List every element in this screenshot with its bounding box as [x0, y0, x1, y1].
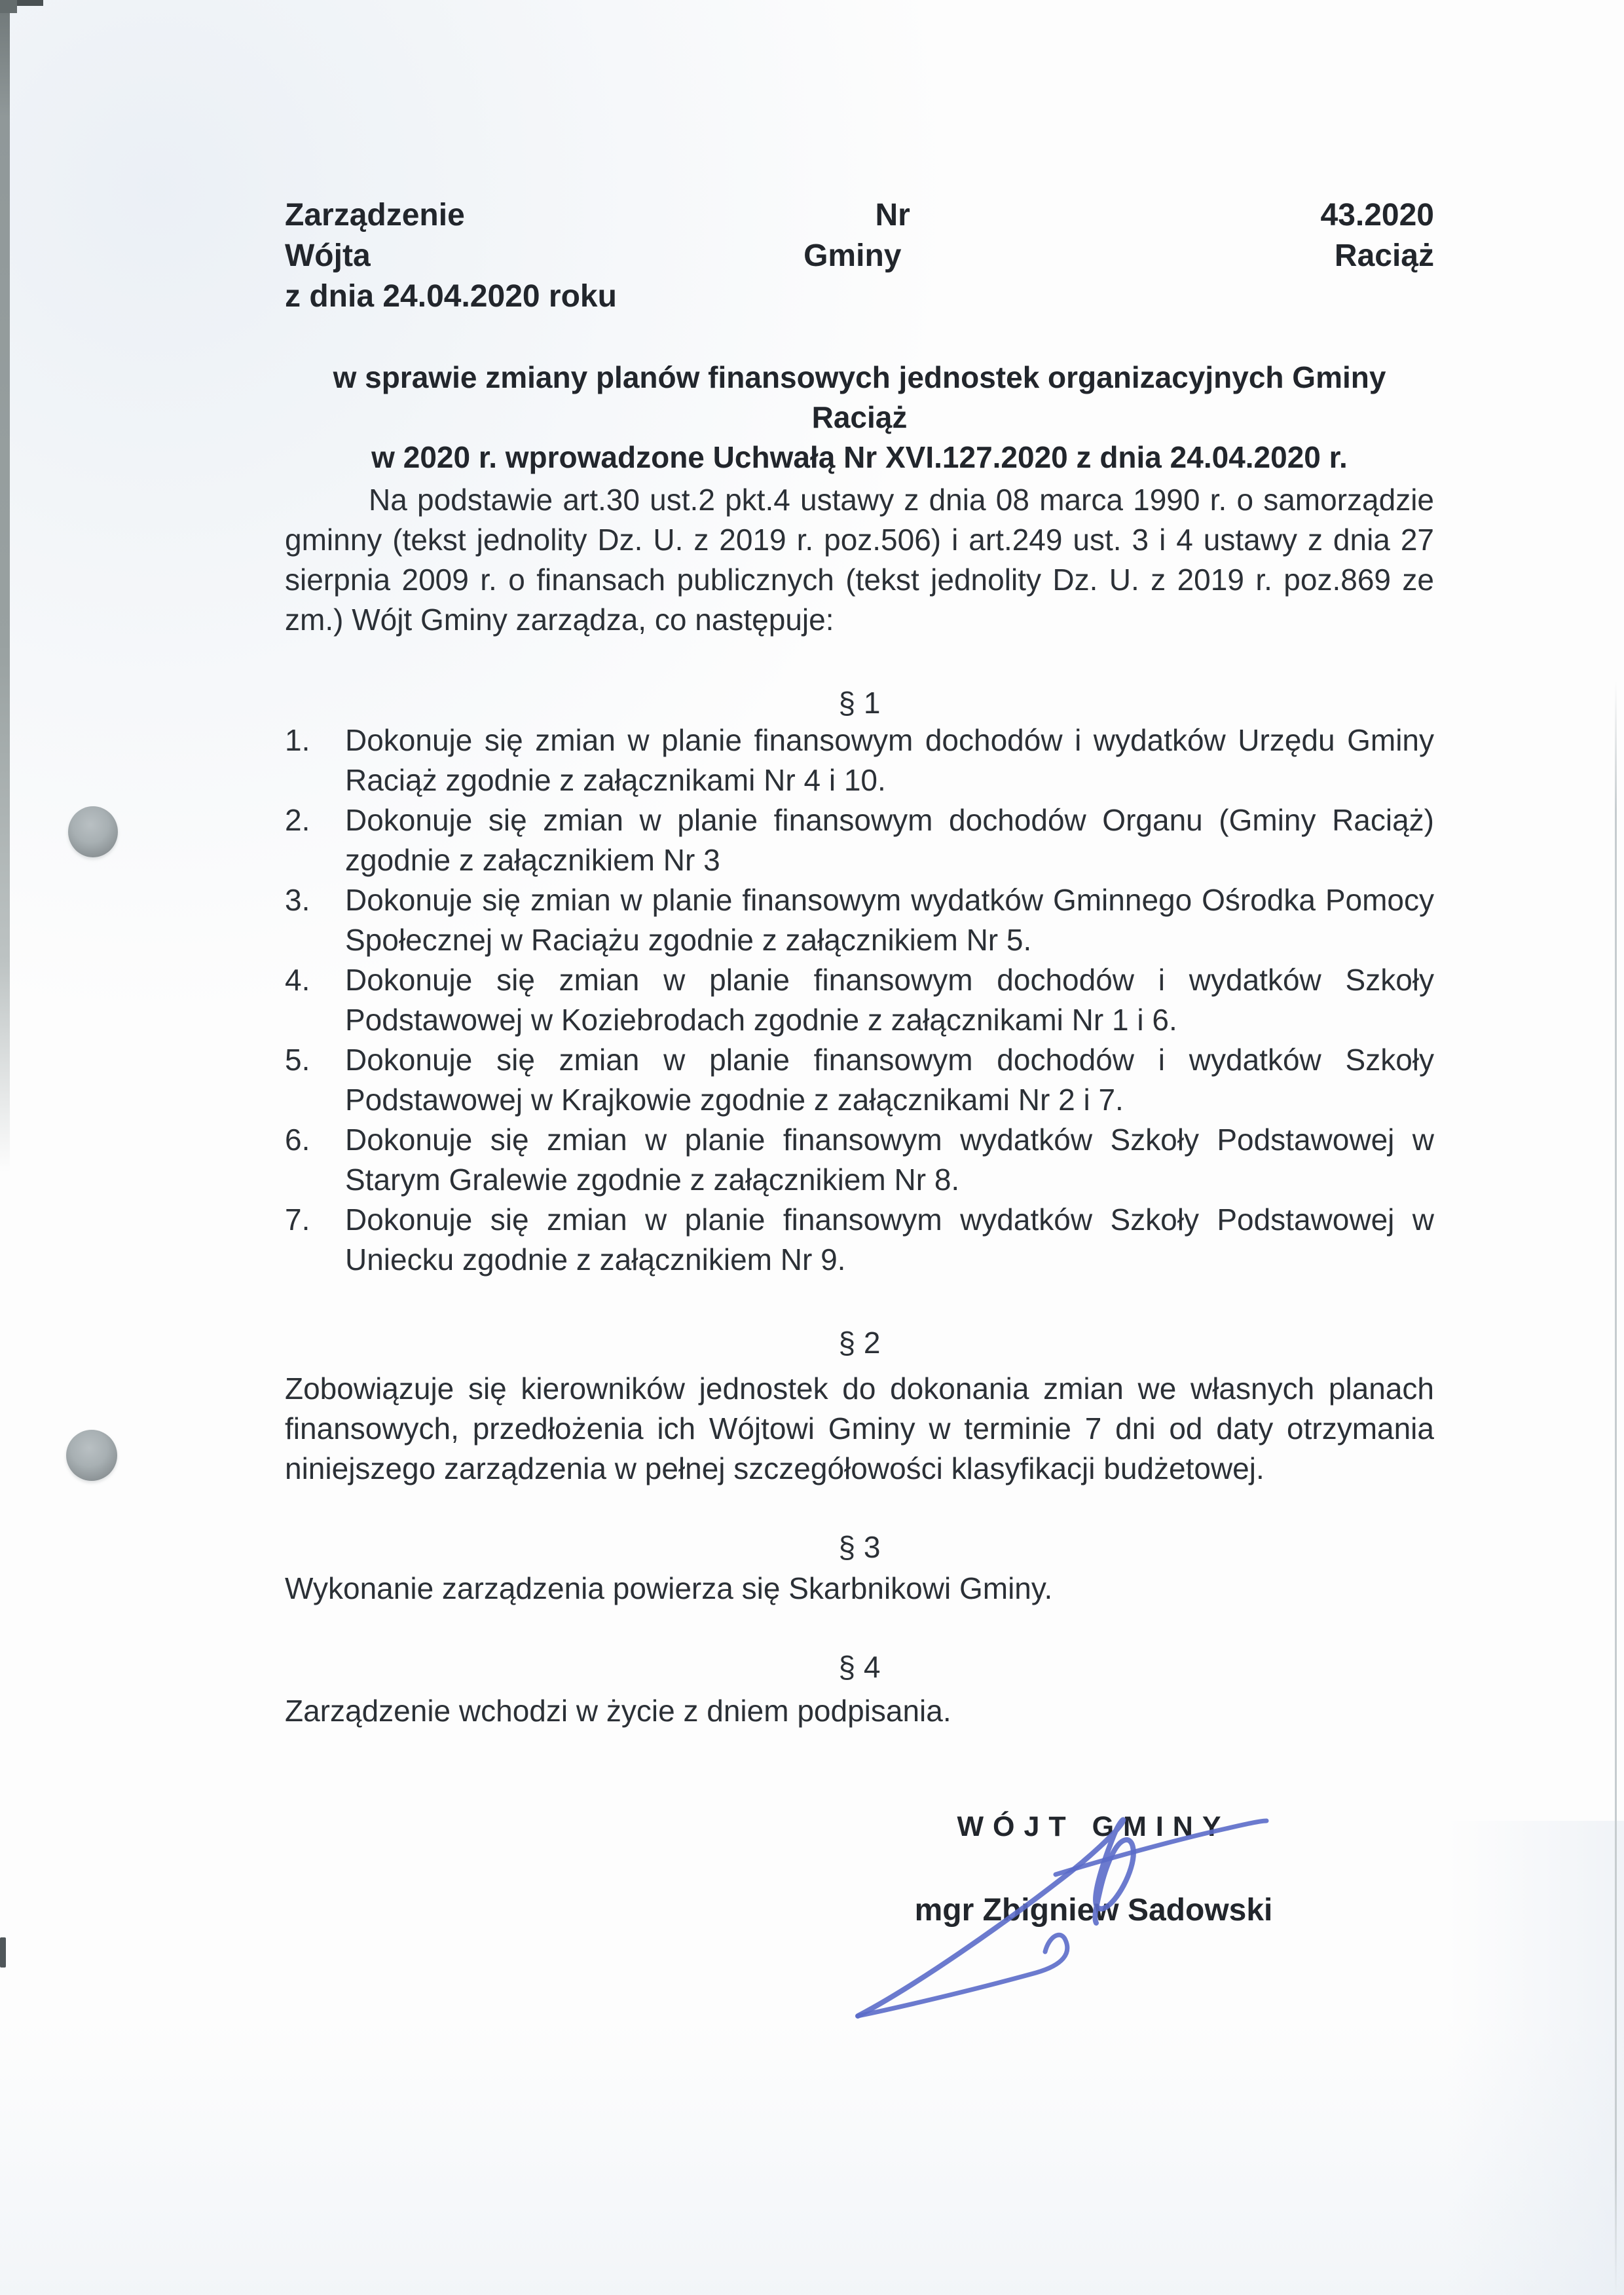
section-4-label: § 4	[285, 1647, 1434, 1687]
text-line: sierpnia 2009 r. o finansach publicznych…	[285, 560, 1434, 600]
document-subject: w sprawie zmiany planów finansowych jedn…	[285, 358, 1434, 477]
text-line: Dokonuje się zmian w planie finansowym w…	[345, 1200, 1434, 1240]
scan-edge-tick	[0, 1937, 6, 1968]
list-item: 5.Dokonuje się zmian w planie finansowym…	[285, 1040, 1434, 1120]
list-item-number: 5.	[285, 1040, 345, 1080]
section-3-paragraph: Wykonanie zarządzenia powierza się Skarb…	[285, 1569, 1434, 1609]
text-line: w sprawie zmiany planów finansowych jedn…	[285, 358, 1434, 438]
text-line: Dokonuje się zmian w planie finansowym d…	[345, 1040, 1434, 1080]
list-item-number: 3.	[285, 880, 345, 920]
text-line: Raciąż zgodnie z załącznikami Nr 4 i 10.	[345, 760, 1434, 800]
text-line: Dokonuje się zmian w planie finansowym d…	[345, 960, 1434, 1000]
list-item-text: Dokonuje się zmian w planie finansowym d…	[345, 1040, 1434, 1120]
text-line: Podstawowej w Krajkowie zgodnie z załącz…	[345, 1080, 1434, 1120]
legal-basis-paragraph: Na podstawie art.30 ust.2 pkt.4 ustawy z…	[285, 480, 1434, 640]
text-line: zm.) Wójt Gminy zarządza, co następuje:	[285, 600, 1434, 640]
text-line: Uniecku zgodnie z załącznikiem Nr 9.	[345, 1240, 1434, 1280]
list-item-number: 1.	[285, 720, 345, 760]
section-3-label: § 3	[285, 1527, 1434, 1567]
text-line: z dnia 24.04.2020 roku	[285, 276, 1434, 317]
list-item: 4.Dokonuje się zmian w planie finansowym…	[285, 960, 1434, 1040]
list-item-text: Dokonuje się zmian w planie finansowym w…	[345, 1120, 1434, 1200]
section-4-paragraph: Zarządzenie wchodzi w życie z dniem podp…	[285, 1691, 1434, 1731]
section-1-label: § 1	[285, 683, 1434, 723]
hole-punch-mark-top	[68, 806, 118, 857]
text-line: finansowych, przedłożenia ich Wójtowi Gm…	[285, 1409, 1434, 1449]
signature-stroke-swoosh	[1056, 1821, 1266, 1875]
list-item-number: 7.	[285, 1200, 345, 1240]
list-item: 3.Dokonuje się zmian w planie finansowym…	[285, 880, 1434, 960]
signature-stroke-main	[858, 1819, 1134, 2016]
paper-tint-right	[1447, 1821, 1624, 2295]
list-item-text: Dokonuje się zmian w planie finansowym d…	[345, 960, 1434, 1040]
text-line: Dokonuje się zmian w planie finansowym d…	[345, 720, 1434, 760]
text-line: gminny (tekst jednolity Dz. U. z 2019 r.…	[285, 520, 1434, 560]
list-item-text: Dokonuje się zmian w planie finansowym w…	[345, 880, 1434, 960]
text-line: Wójta Gminy Raciąż	[285, 236, 1434, 276]
text-line: Dokonuje się zmian w planie finansowym d…	[345, 800, 1434, 840]
list-item-number: 2.	[285, 800, 345, 840]
list-item-text: Dokonuje się zmian w planie finansowym d…	[345, 800, 1434, 880]
text-line: Zarządzenie wchodzi w życie z dniem podp…	[285, 1691, 1434, 1731]
text-line: Wykonanie zarządzenia powierza się Skarb…	[285, 1569, 1434, 1609]
list-item-number: 4.	[285, 960, 345, 1000]
document-page: Zarządzenie Nr 43.2020Wójta Gminy Raciąż…	[0, 0, 1624, 2295]
signature-stroke-flourish	[858, 1935, 1067, 2016]
scan-edge-left	[0, 0, 10, 1172]
text-line: w 2020 r. wprowadzone Uchwałą Nr XVI.127…	[285, 438, 1434, 477]
text-line: Zarządzenie Nr 43.2020	[285, 195, 1434, 236]
text-line: zgodnie z załącznikiem Nr 3	[345, 840, 1434, 880]
paper-tint-bottom	[0, 2020, 1624, 2295]
list-item: 7.Dokonuje się zmian w planie finansowym…	[285, 1200, 1434, 1280]
section-2-label: § 2	[285, 1323, 1434, 1363]
section-1-item-list: 1.Dokonuje się zmian w planie finansowym…	[285, 720, 1434, 1280]
list-item-text: Dokonuje się zmian w planie finansowym d…	[345, 720, 1434, 800]
list-item: 6.Dokonuje się zmian w planie finansowym…	[285, 1120, 1434, 1200]
hole-punch-mark-bottom	[66, 1430, 117, 1481]
text-line: Zobowiązuje się kierowników jednostek do…	[285, 1369, 1434, 1409]
text-line: Społecznej w Raciążu zgodnie z załącznik…	[345, 920, 1434, 960]
text-line: Dokonuje się zmian w planie finansowym w…	[345, 880, 1434, 920]
text-line: Na podstawie art.30 ust.2 pkt.4 ustawy z…	[285, 480, 1434, 520]
handwritten-signature-ink	[838, 1795, 1310, 2043]
text-line: Podstawowej w Koziebrodach zgodnie z zał…	[345, 1000, 1434, 1040]
scan-edge-right-line	[1615, 681, 1617, 2295]
text-line: Starym Gralewie zgodnie z załącznikiem N…	[345, 1160, 1434, 1200]
document-title: Zarządzenie Nr 43.2020Wójta Gminy Raciąż…	[285, 195, 1434, 317]
section-2-paragraph: Zobowiązuje się kierowników jednostek do…	[285, 1369, 1434, 1489]
list-item-number: 6.	[285, 1120, 345, 1160]
text-line: Dokonuje się zmian w planie finansowym w…	[345, 1120, 1434, 1160]
list-item: 1.Dokonuje się zmian w planie finansowym…	[285, 720, 1434, 800]
list-item-text: Dokonuje się zmian w planie finansowym w…	[345, 1200, 1434, 1280]
scan-corner-mark-2	[0, 0, 17, 13]
list-item: 2.Dokonuje się zmian w planie finansowym…	[285, 800, 1434, 880]
text-line: niniejszego zarządzenia w pełnej szczegó…	[285, 1449, 1434, 1489]
